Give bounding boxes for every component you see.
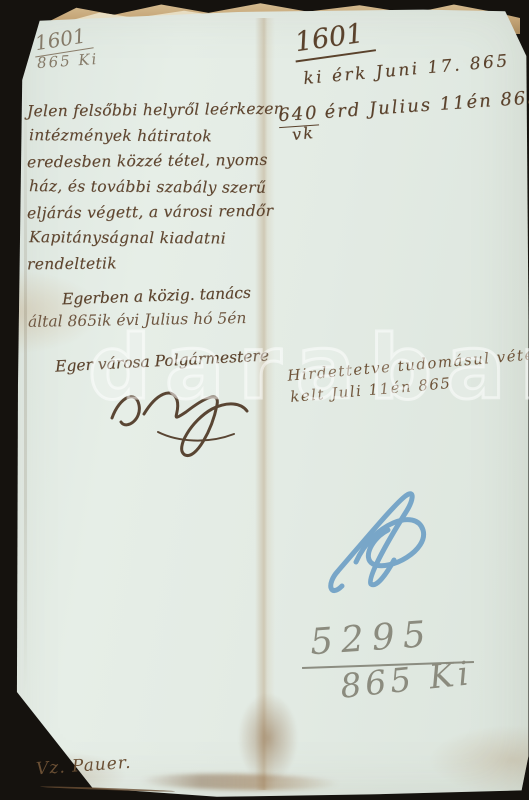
body-line: eredesben közzé tétel, nyoms [27, 148, 284, 176]
blue-pencil-flourish [322, 488, 450, 606]
body-line: Kapitányságnal kiadatni [29, 225, 286, 252]
body-line: ház, és további szabály szerű [29, 174, 286, 201]
body-line: intézmények hátiratok [29, 123, 286, 150]
document-photo: 1601 865 Ki Jelen felsőbbi helyről leérk… [0, 0, 529, 800]
mayor-signature-flourish [98, 372, 253, 467]
body-line: Jelen felsőbbi helyről leérkezen [27, 97, 284, 125]
pencil-filing-number: 5295 [309, 614, 435, 664]
body-text: Jelen felsőbbi helyről leérkezen intézmé… [27, 98, 284, 277]
body-line: rendeltetik [27, 250, 284, 278]
closing-line-date: által 865ik évi Julius hó 5én [28, 309, 247, 331]
body-line: eljárás végett, a városi rendőr [27, 199, 284, 227]
clerk-initials: vk [291, 123, 316, 144]
